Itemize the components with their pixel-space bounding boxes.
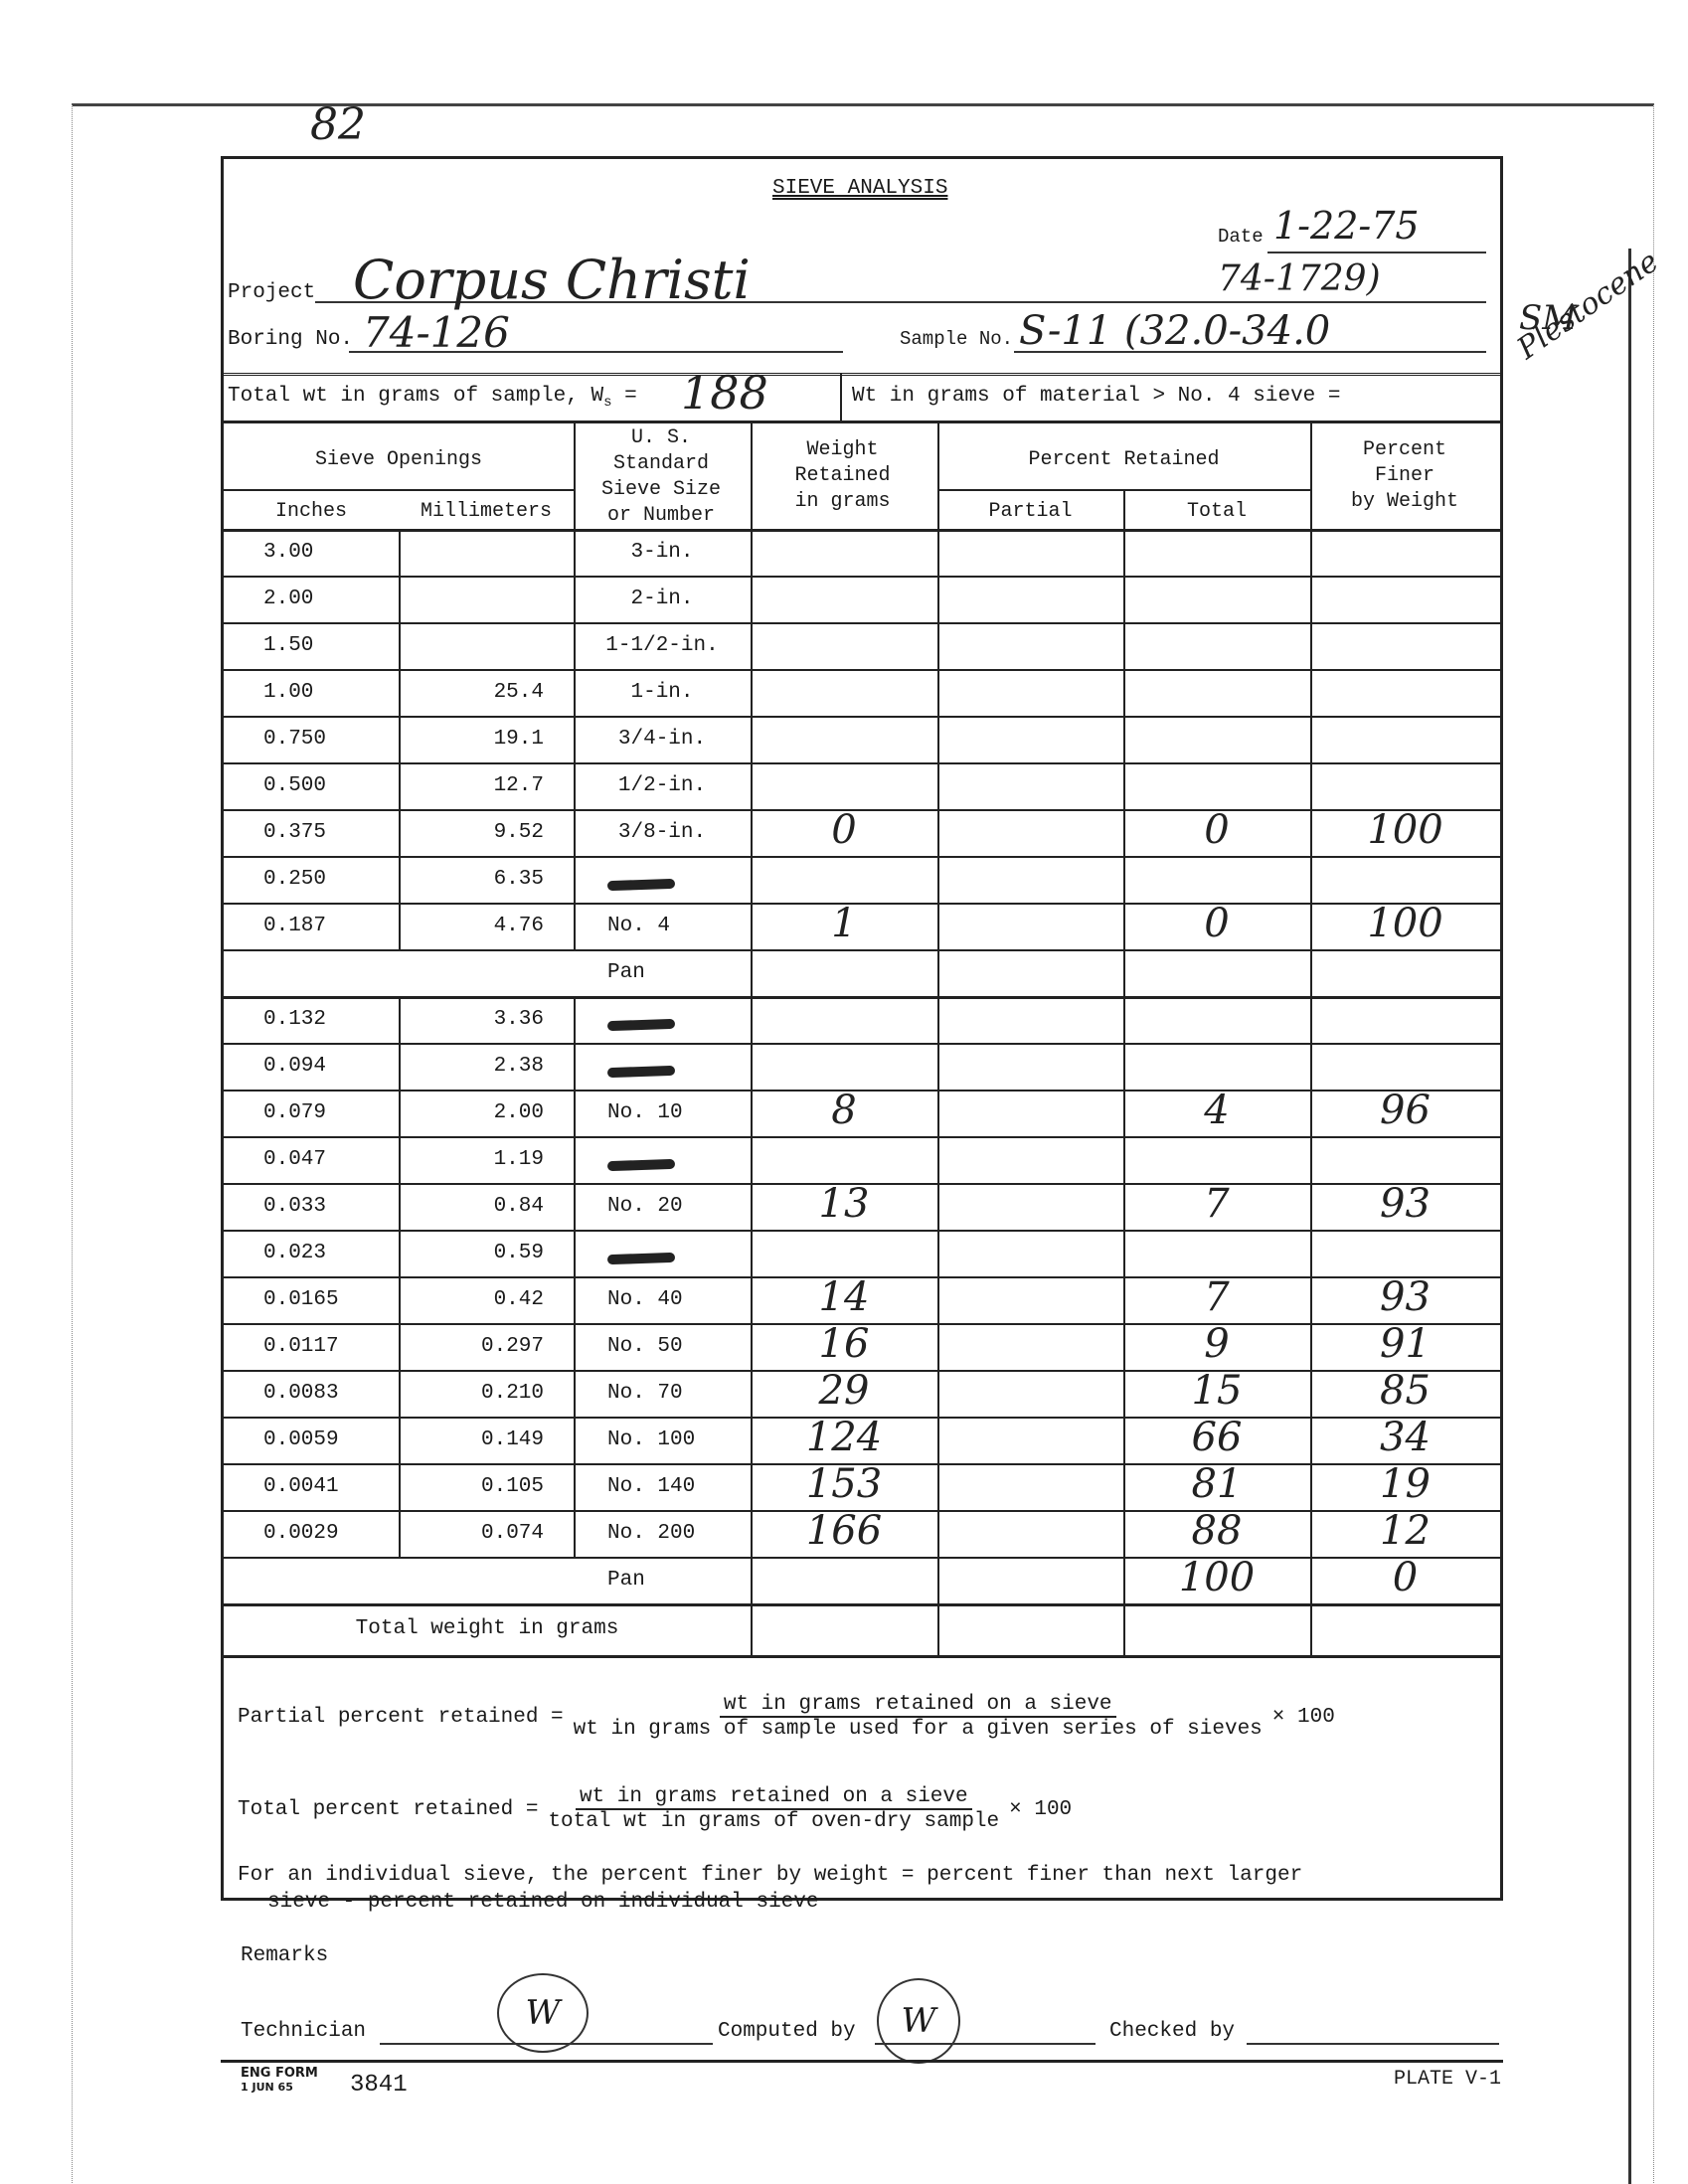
- cell-total-percent[interactable]: 4: [1123, 1088, 1310, 1133]
- cell-inches: 0.0059: [263, 1428, 339, 1451]
- cell-weight-retained[interactable]: 8: [751, 1088, 937, 1133]
- cell-sieve-struck: [607, 874, 675, 897]
- cell-weight-retained[interactable]: 153: [751, 1461, 937, 1507]
- cell-total-percent[interactable]: 15: [1123, 1368, 1310, 1414]
- column-divider: [1123, 529, 1125, 1655]
- cell-millimeters: 0.149: [399, 1428, 544, 1451]
- total-weight-value[interactable]: 188: [681, 366, 768, 420]
- cell-percent-finer[interactable]: 0: [1310, 1555, 1500, 1600]
- total-weight-subscript: s: [603, 395, 611, 411]
- ref-field-line: [1059, 301, 1486, 303]
- cell-inches: 0.094: [263, 1055, 326, 1078]
- divider: [224, 420, 1500, 423]
- cell-pan-label: Pan: [607, 961, 645, 984]
- cell-sieve: No. 100: [607, 1428, 695, 1451]
- numerator: wt in grams retained on a sieve: [720, 1693, 1116, 1718]
- cell-inches: 0.079: [263, 1101, 326, 1124]
- header-percent-retained: Percent Retained: [937, 447, 1310, 473]
- project-value[interactable]: Corpus Christi: [353, 249, 751, 311]
- header-line: by Weight: [1310, 489, 1499, 515]
- date-value[interactable]: 1-22-75: [1273, 204, 1420, 248]
- denominator: wt in grams of sample used for a given s…: [574, 1718, 1263, 1741]
- cell-total-percent[interactable]: 0: [1123, 807, 1310, 853]
- header-weight-retained: Weight Retained in grams: [751, 437, 934, 515]
- cell-weight-retained[interactable]: 166: [751, 1508, 937, 1554]
- row-divider: [224, 1655, 1500, 1658]
- cell-percent-finer[interactable]: 96: [1310, 1088, 1500, 1133]
- cell-millimeters: 9.52: [399, 821, 544, 844]
- column-divider: [399, 996, 401, 1557]
- cell-sieve: No. 200: [607, 1522, 695, 1545]
- column-divider: [1310, 420, 1312, 529]
- fraction: wt in grams retained on a sieve total wt…: [548, 1785, 999, 1833]
- cell-sieve: No. 40: [607, 1288, 683, 1311]
- note-line-1: For an individual sieve, the percent fin…: [238, 1864, 1302, 1887]
- partial-formula: Partial percent retained = wt in grams r…: [238, 1693, 1335, 1741]
- cell-inches: 0.250: [263, 868, 326, 891]
- row-divider: [224, 1230, 1500, 1232]
- cell-millimeters: 19.1: [399, 728, 544, 751]
- header-line: or Number: [574, 503, 749, 529]
- cell-sieve: 3-in.: [574, 541, 751, 564]
- cell-inches: 0.0083: [263, 1382, 339, 1405]
- header-line: Weight: [751, 437, 934, 463]
- cell-weight-retained[interactable]: 29: [751, 1368, 937, 1414]
- row-divider: [224, 1603, 1500, 1606]
- header-line: Percent: [1310, 437, 1499, 463]
- cell-weight-retained[interactable]: 1: [751, 901, 937, 946]
- cell-weight-retained[interactable]: 0: [751, 807, 937, 853]
- cell-inches: 0.187: [263, 915, 326, 937]
- cell-inches: 0.033: [263, 1195, 326, 1218]
- cell-sieve: 1/2-in.: [574, 774, 751, 797]
- cell-percent-finer[interactable]: 91: [1310, 1321, 1500, 1367]
- multiplier: × 100: [1009, 1798, 1072, 1821]
- fraction: wt in grams retained on a sieve wt in gr…: [574, 1693, 1263, 1741]
- project-label: Project: [228, 281, 315, 304]
- cell-sieve-struck: [607, 1061, 675, 1084]
- cell-weight-retained[interactable]: 16: [751, 1321, 937, 1367]
- form-id-line-2: 1 JUN 65: [241, 2081, 318, 2095]
- cell-millimeters: 0.074: [399, 1522, 544, 1545]
- column-divider: [574, 529, 576, 949]
- cell-sieve: 1-1/2-in.: [574, 634, 751, 657]
- sieve-analysis-form: SIEVE ANALYSIS Date 1-22-75 74-1729) Pro…: [221, 156, 1503, 1901]
- checked-by-field-line[interactable]: [1247, 2043, 1499, 2045]
- technician-label: Technician: [241, 2020, 366, 2043]
- column-divider: [937, 529, 939, 1655]
- checked-by-label: Checked by: [1109, 2020, 1235, 2043]
- cell-total-percent[interactable]: 7: [1123, 1181, 1310, 1227]
- row-divider: [224, 1043, 1500, 1045]
- header-line: Retained: [751, 463, 934, 489]
- row-divider: [224, 669, 1500, 671]
- row-divider: [224, 856, 1500, 858]
- cell-millimeters: 2.38: [399, 1055, 544, 1078]
- cell-millimeters: 25.4: [399, 681, 544, 704]
- sample-label: Sample No.: [900, 328, 1013, 350]
- cell-total-percent[interactable]: 9: [1123, 1321, 1310, 1367]
- equals-sign: =: [624, 385, 637, 408]
- numerator: wt in grams retained on a sieve: [576, 1785, 972, 1810]
- total-weight-label: Total wt in grams of sample, Ws =: [228, 385, 637, 411]
- strikeout-mark: [607, 1019, 675, 1031]
- cell-sieve-struck: [607, 1154, 675, 1177]
- cell-inches: 0.047: [263, 1148, 326, 1171]
- cell-inches: 0.750: [263, 728, 326, 751]
- cell-millimeters: 4.76: [399, 915, 544, 937]
- cell-millimeters: 0.210: [399, 1382, 544, 1405]
- computed-by-label: Computed by: [718, 2020, 856, 2043]
- total-weight-text: Total wt in grams of sample, W: [228, 385, 603, 408]
- denominator: total wt in grams of oven-dry sample: [548, 1810, 999, 1833]
- strikeout-mark: [607, 879, 675, 891]
- column-divider: [574, 420, 576, 529]
- cell-millimeters: 12.7: [399, 774, 544, 797]
- cell-inches: 0.375: [263, 821, 326, 844]
- cell-percent-finer[interactable]: 100: [1310, 807, 1500, 853]
- cell-sieve: 1-in.: [574, 681, 751, 704]
- header-total: Total: [1123, 499, 1310, 525]
- divider: [224, 489, 574, 491]
- page-edge-line: [1628, 249, 1631, 2184]
- column-divider: [1310, 529, 1312, 1655]
- cell-percent-finer[interactable]: 85: [1310, 1368, 1500, 1414]
- material-label: Wt in grams of material > No. 4 sieve =: [852, 385, 1340, 408]
- cell-inches: 0.132: [263, 1008, 326, 1031]
- form-number: 3841: [350, 2072, 408, 2099]
- boring-label: Boring No.: [228, 328, 353, 351]
- cell-percent-finer[interactable]: 100: [1310, 901, 1500, 946]
- cell-sieve: No. 50: [607, 1335, 683, 1358]
- cell-millimeters: 0.59: [399, 1242, 544, 1264]
- cell-weight-retained[interactable]: 13: [751, 1181, 937, 1227]
- cell-percent-finer[interactable]: 34: [1310, 1415, 1500, 1460]
- handwritten-page-number: 82: [310, 99, 366, 150]
- row-divider: [224, 576, 1500, 578]
- cell-millimeters: 0.105: [399, 1475, 544, 1498]
- cell-sieve-struck: [607, 1014, 675, 1037]
- cell-inches: 0.0165: [263, 1288, 339, 1311]
- total-formula: Total percent retained = wt in grams ret…: [238, 1785, 1072, 1833]
- strikeout-mark: [607, 1159, 675, 1171]
- header-partial: Partial: [937, 499, 1123, 525]
- total-weight-row-label: Total weight in grams: [224, 1617, 751, 1640]
- reference-number: 74-1729): [1218, 258, 1381, 299]
- row-divider: [224, 762, 1500, 764]
- row-divider: [224, 949, 1500, 951]
- cell-sieve-struck: [607, 1248, 675, 1270]
- row-divider: [224, 1136, 1500, 1138]
- cell-total-percent[interactable]: 66: [1123, 1415, 1310, 1460]
- cell-millimeters: 3.36: [399, 1008, 544, 1031]
- cell-sieve: 3/4-in.: [574, 728, 751, 751]
- divider: [840, 373, 842, 420]
- cell-weight-retained[interactable]: 124: [751, 1415, 937, 1460]
- cell-pan-label: Pan: [607, 1569, 645, 1592]
- cell-sieve: 3/8-in.: [574, 821, 751, 844]
- cell-total-percent[interactable]: 100: [1123, 1555, 1310, 1600]
- cell-inches: 3.00: [263, 541, 313, 564]
- date-field-line: [1267, 252, 1486, 253]
- plate-label: PLATE V-1: [1394, 2068, 1501, 2091]
- cell-total-percent[interactable]: 88: [1123, 1508, 1310, 1554]
- row-divider: [224, 996, 1500, 999]
- cell-millimeters: 0.84: [399, 1195, 544, 1218]
- cell-sieve: No. 20: [607, 1195, 683, 1218]
- row-divider: [224, 529, 1500, 532]
- header-inches: Inches: [224, 499, 399, 525]
- row-divider: [224, 716, 1500, 718]
- cell-total-percent[interactable]: 81: [1123, 1461, 1310, 1507]
- cell-inches: 0.0117: [263, 1335, 339, 1358]
- header-us-standard: U. S. Standard Sieve Size or Number: [574, 425, 749, 529]
- boring-value[interactable]: 74-126: [363, 308, 510, 357]
- header-sieve-openings: Sieve Openings: [224, 447, 574, 473]
- header-percent-finer: Percent Finer by Weight: [1310, 437, 1499, 515]
- cell-percent-finer[interactable]: 12: [1310, 1508, 1500, 1554]
- cell-sieve: No. 140: [607, 1475, 695, 1498]
- divider: [224, 373, 1500, 376]
- cell-total-percent[interactable]: 7: [1123, 1274, 1310, 1320]
- sample-value[interactable]: S-11 (32.0-34.0: [1019, 308, 1330, 354]
- cell-percent-finer[interactable]: 93: [1310, 1181, 1500, 1227]
- form-bottom-border: [221, 2060, 1503, 2063]
- remarks-label: Remarks: [241, 1944, 328, 1967]
- cell-millimeters: 6.35: [399, 868, 544, 891]
- form-id-block: ENG FORM 1 JUN 65: [241, 2067, 318, 2095]
- cell-inches: 2.00: [263, 588, 313, 610]
- computed-by-initial: W: [877, 1978, 960, 2064]
- header-millimeters: Millimeters: [399, 499, 574, 525]
- form-id-line-1: ENG FORM: [241, 2067, 318, 2081]
- row-divider: [224, 622, 1500, 624]
- technician-initial: W: [497, 1973, 589, 2053]
- note-line-2: sieve - percent retained on individual s…: [267, 1891, 819, 1914]
- strikeout-mark: [607, 1253, 675, 1264]
- cell-inches: 1.50: [263, 634, 313, 657]
- cell-millimeters: 1.19: [399, 1148, 544, 1171]
- cell-inches: 1.00: [263, 681, 313, 704]
- cell-weight-retained[interactable]: 14: [751, 1274, 937, 1320]
- column-divider: [937, 420, 939, 529]
- cell-inches: 0.0041: [263, 1475, 339, 1498]
- date-label: Date: [1218, 226, 1264, 248]
- multiplier: × 100: [1272, 1706, 1335, 1729]
- header-line: in grams: [751, 489, 934, 515]
- cell-percent-finer[interactable]: 93: [1310, 1274, 1500, 1320]
- header-line: U. S.: [574, 425, 749, 451]
- column-divider: [751, 529, 753, 1655]
- cell-sieve: No. 10: [607, 1101, 683, 1124]
- strikeout-mark: [607, 1066, 675, 1078]
- cell-inches: 0.500: [263, 774, 326, 797]
- column-divider: [751, 420, 753, 529]
- header-line: Finer: [1310, 463, 1499, 489]
- column-divider: [1123, 489, 1125, 529]
- cell-millimeters: 0.42: [399, 1288, 544, 1311]
- column-divider: [399, 529, 401, 949]
- header-line: Sieve Size: [574, 477, 749, 503]
- form-title: SIEVE ANALYSIS: [772, 177, 947, 200]
- cell-sieve: No. 70: [607, 1382, 683, 1405]
- cell-millimeters: 0.297: [399, 1335, 544, 1358]
- column-divider: [574, 996, 576, 1557]
- cell-inches: 0.023: [263, 1242, 326, 1264]
- cell-total-percent[interactable]: 0: [1123, 901, 1310, 946]
- cell-sieve: 2-in.: [574, 588, 751, 610]
- cell-inches: 0.0029: [263, 1522, 339, 1545]
- formula-label: Total percent retained =: [238, 1798, 538, 1821]
- cell-percent-finer[interactable]: 19: [1310, 1461, 1500, 1507]
- cell-sieve: No. 4: [607, 915, 670, 937]
- cell-millimeters: 2.00: [399, 1101, 544, 1124]
- formula-label: Partial percent retained =: [238, 1706, 564, 1729]
- header-line: Standard: [574, 451, 749, 477]
